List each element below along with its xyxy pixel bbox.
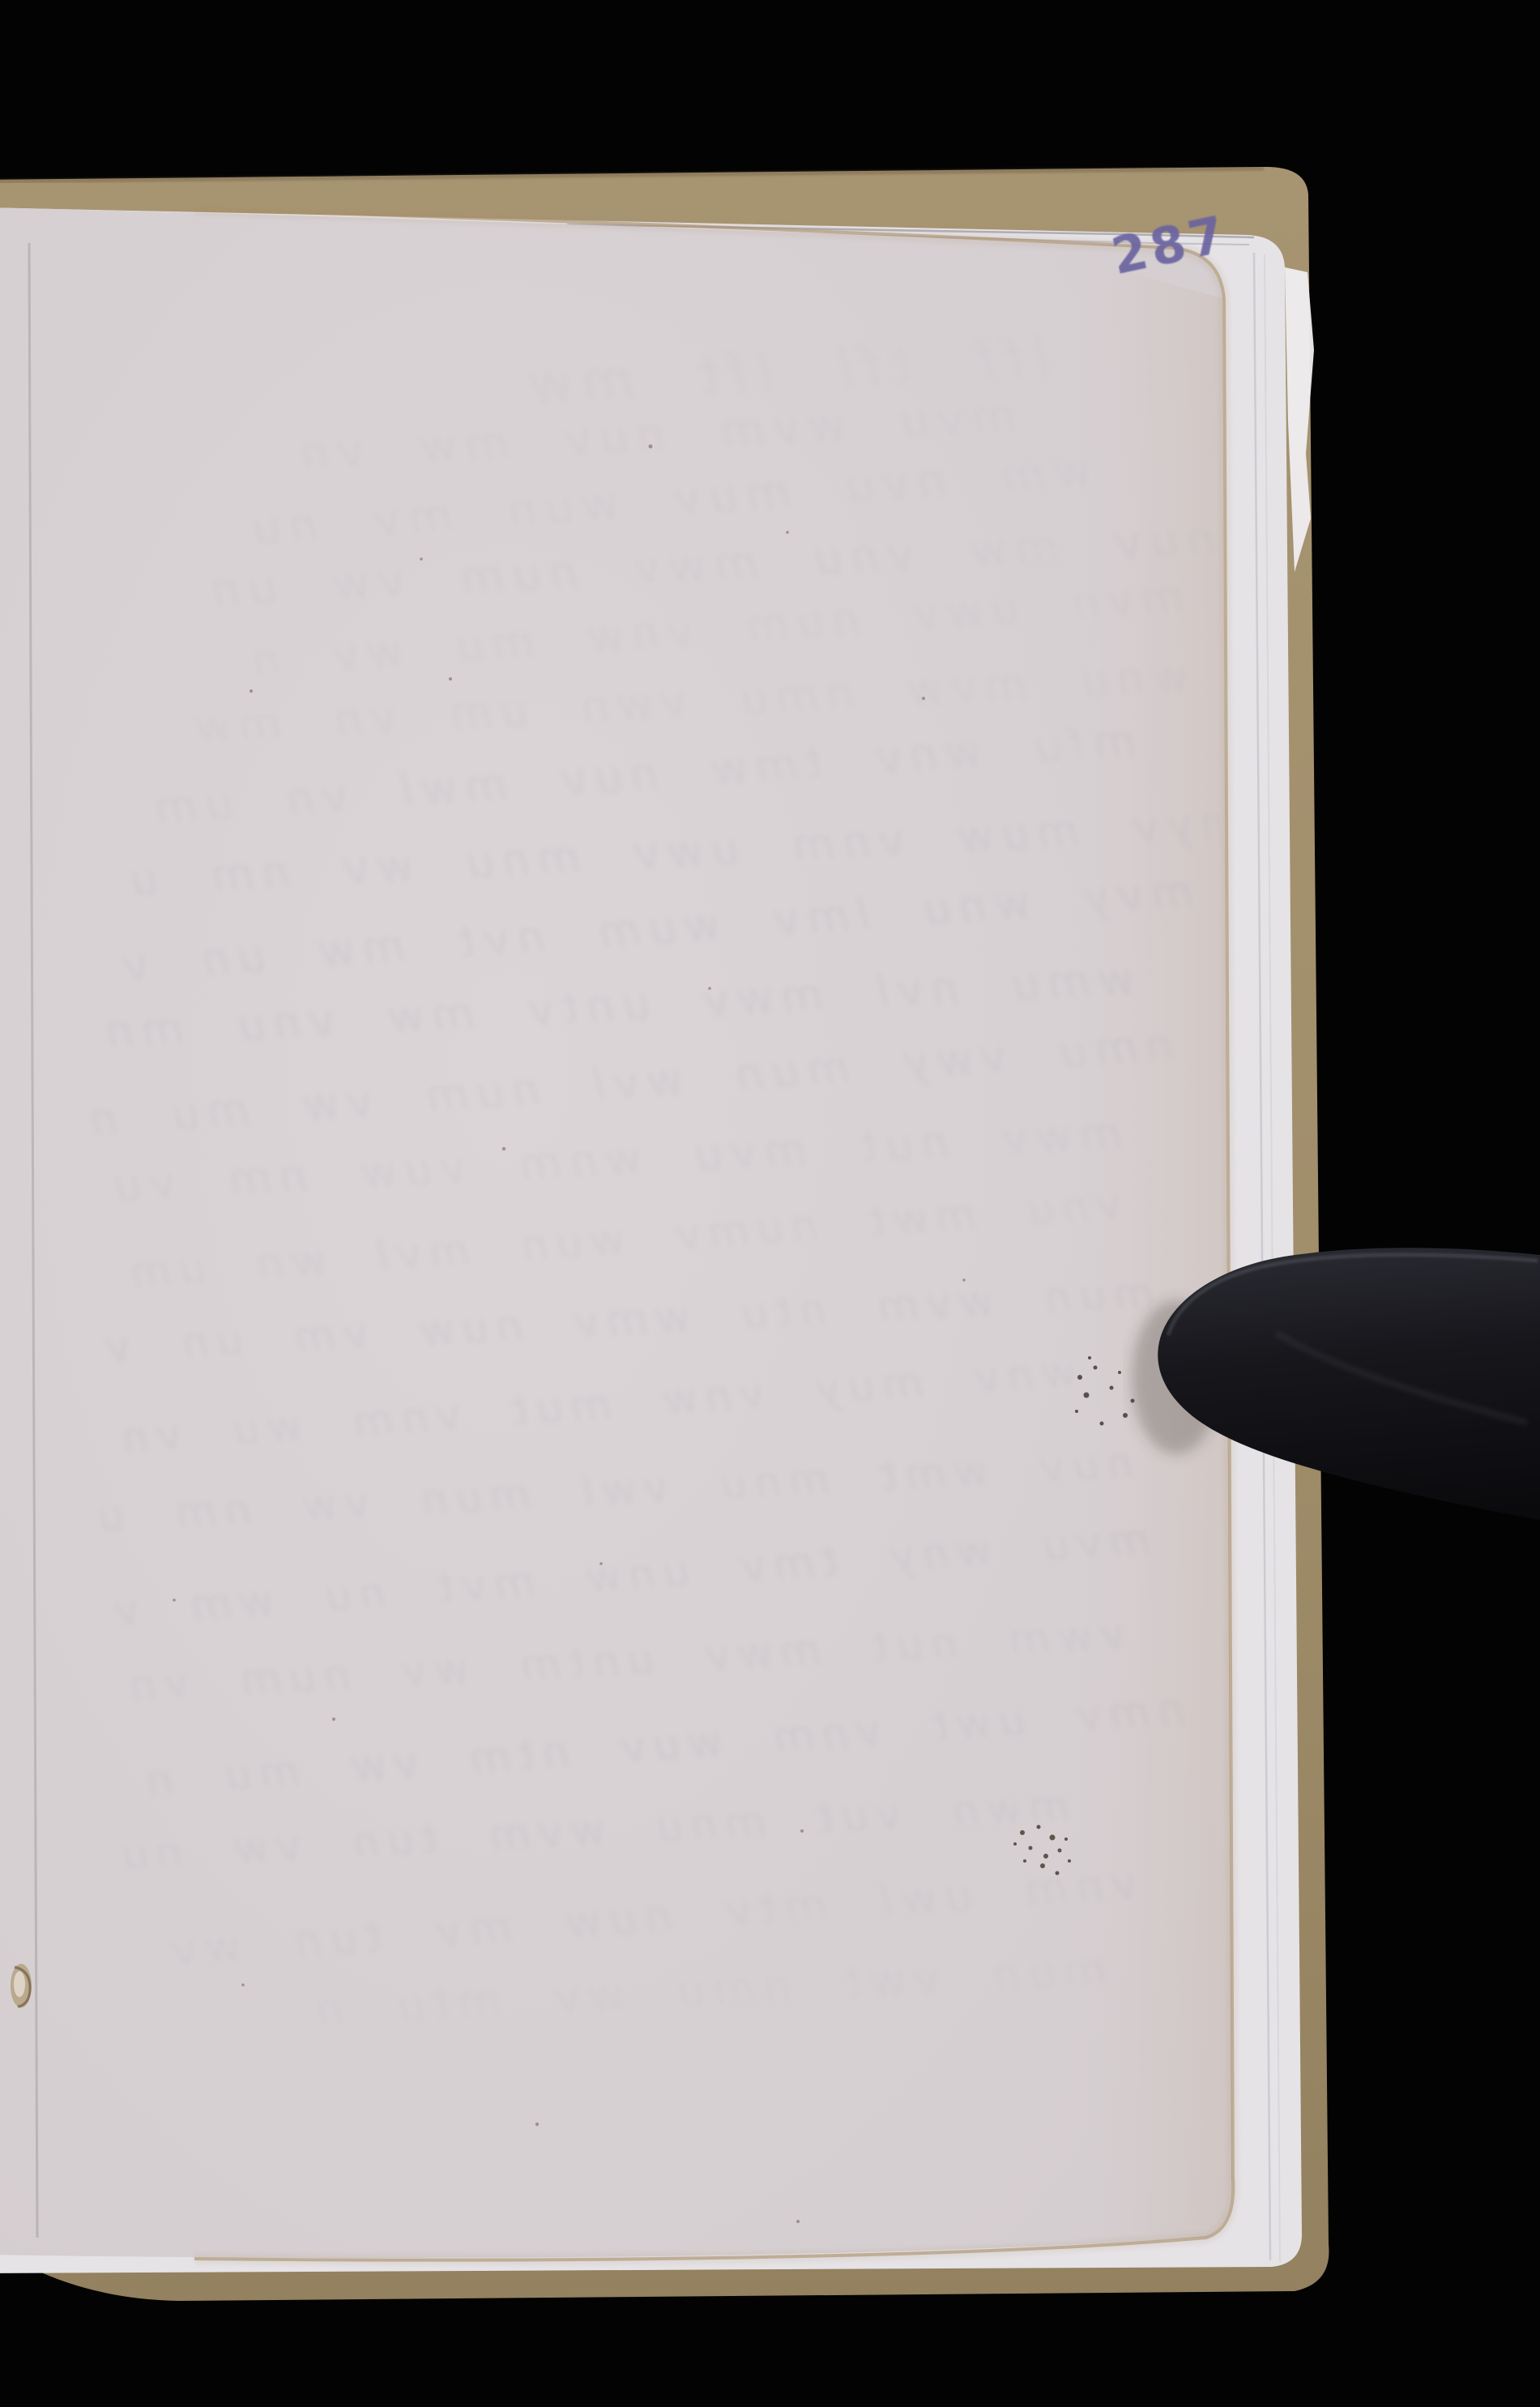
dust-speck [649, 445, 653, 449]
dust-speck [420, 557, 423, 561]
ink-speck [1040, 1863, 1045, 1868]
ink-speck [1013, 1842, 1017, 1846]
ink-speck [1118, 1371, 1121, 1374]
photo-backdrop: lff tfl lft mwmvu wvm nuv mw vnwm nvu mu… [0, 0, 1540, 2407]
dust-speck [250, 689, 253, 693]
dust-speck [786, 531, 789, 534]
ink-speck [1064, 1837, 1068, 1841]
dust-speck [599, 1562, 603, 1565]
dust-speck [796, 2220, 800, 2223]
ink-speck [1056, 1871, 1060, 1876]
dust-speck [332, 1718, 335, 1721]
dust-speck [173, 1598, 176, 1602]
dust-speck [800, 1829, 804, 1833]
dust-speck [449, 677, 452, 681]
ink-speck [1075, 1410, 1078, 1413]
ink-speck [1123, 1413, 1128, 1418]
ink-speck [1043, 1854, 1048, 1859]
ink-speck [1088, 1356, 1091, 1359]
dust-speck [502, 1147, 506, 1150]
dust-speck [535, 2123, 539, 2126]
ink-speck [1029, 1846, 1033, 1850]
dust-speck [708, 987, 711, 990]
dust-speck [922, 697, 925, 700]
dust-speck [962, 1278, 966, 1282]
ink-speck [1110, 1386, 1114, 1390]
ink-speck [1058, 1849, 1062, 1853]
recto-page [0, 207, 1232, 2258]
ink-speck [1023, 1859, 1026, 1863]
sketchbook [0, 0, 1540, 2407]
ink-speck [1100, 1422, 1104, 1426]
ink-speck [1094, 1366, 1098, 1370]
dust-speck [241, 1983, 245, 1987]
ink-speck [1084, 1393, 1090, 1398]
ink-speck [1050, 1835, 1056, 1841]
ink-speck [1077, 1375, 1082, 1380]
page-right-warm-tint [1077, 259, 1232, 2244]
ink-speck [1068, 1859, 1071, 1863]
worm-hole-inner [14, 1971, 25, 1997]
ink-speck [1037, 1825, 1041, 1829]
ink-speck [1020, 1830, 1025, 1835]
